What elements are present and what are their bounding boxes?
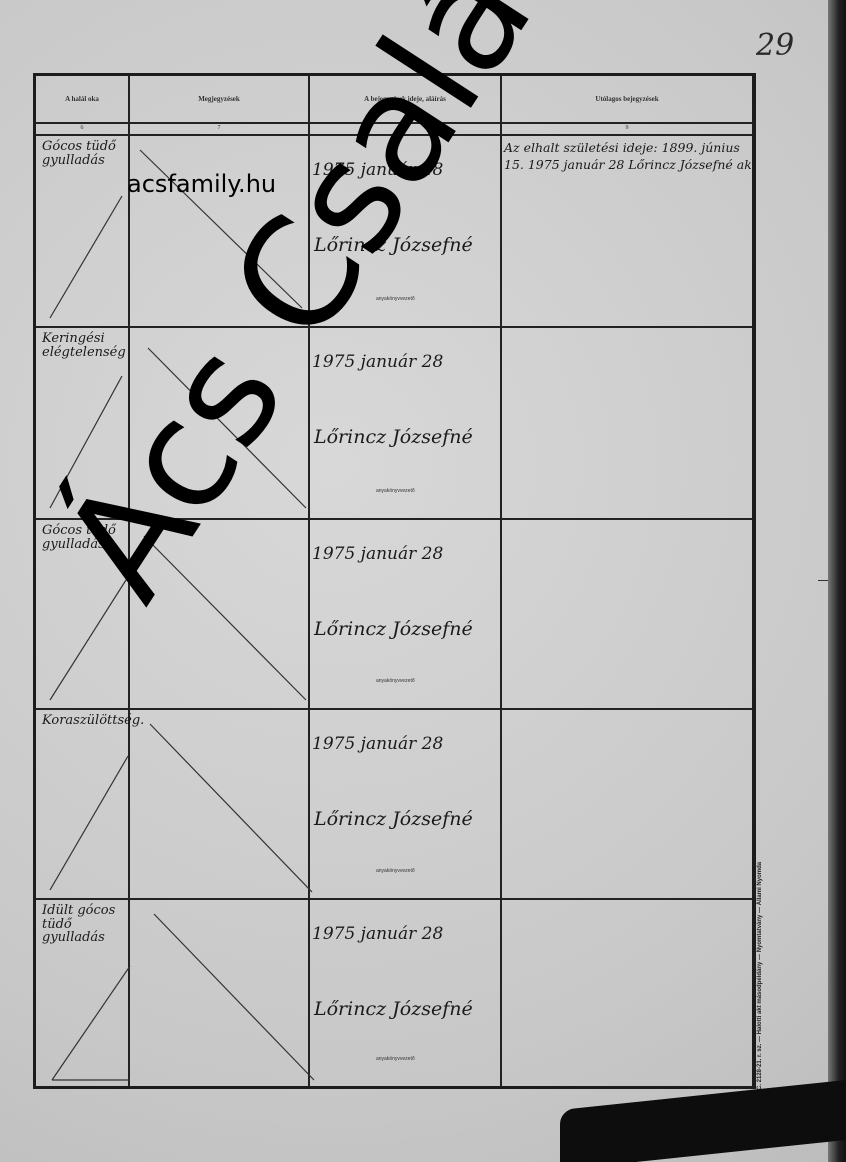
signature-caption: anyakönyvvezető bbox=[376, 1056, 415, 1062]
signature-caption: anyakönyvvezető bbox=[376, 868, 415, 874]
column-number: 6 bbox=[36, 122, 128, 134]
page-number: 29 bbox=[756, 28, 794, 63]
entry-date: 1975 január 28 bbox=[312, 736, 443, 754]
header-cause-of-death: A halál oka bbox=[36, 76, 128, 122]
registrar-signature: Lőrincz Józsefné bbox=[314, 810, 473, 830]
printer-imprint: C. 2128-21. r. sz. — Halotti akt másodpé… bbox=[757, 862, 763, 1090]
cause-of-death: Idült gócos tüdő gyulladás bbox=[42, 904, 130, 945]
header-remarks: Megjegyzések bbox=[130, 76, 308, 122]
table-row: Koraszülöttség. 1975 január 28 Lőrincz J… bbox=[36, 710, 752, 900]
table-row: Idült gócos tüdő gyulladás 1975 január 2… bbox=[36, 900, 752, 1084]
registrar-signature: Lőrincz Józsefné bbox=[314, 1000, 473, 1020]
register-page: 29 A halál oka Megjegyzések A bejegyzése… bbox=[0, 0, 832, 1162]
header-later-entries: Utólagos bejegyzések bbox=[502, 76, 752, 122]
cause-of-death: Koraszülöttség. bbox=[42, 714, 130, 728]
cause-of-death: Keringési elégtelenség bbox=[42, 332, 130, 359]
entry-date: 1975 január 28 bbox=[312, 926, 443, 944]
signature-caption: anyakönyvvezető bbox=[376, 678, 415, 684]
later-entry: Az elhalt születési ideje: 1899. június … bbox=[504, 140, 754, 174]
column-number: 7 bbox=[130, 122, 308, 134]
registrar-signature: Lőrincz Józsefné bbox=[314, 428, 473, 448]
cause-of-death: Gócos tüdő gyulladás bbox=[42, 140, 130, 167]
registrar-signature: Lőrincz Józsefné bbox=[314, 620, 473, 640]
entry-date: 1975 január 28 bbox=[312, 546, 443, 564]
book-spine bbox=[828, 0, 846, 1162]
signature-caption: anyakönyvvezető bbox=[376, 488, 415, 494]
column-number: 9 bbox=[502, 122, 752, 134]
